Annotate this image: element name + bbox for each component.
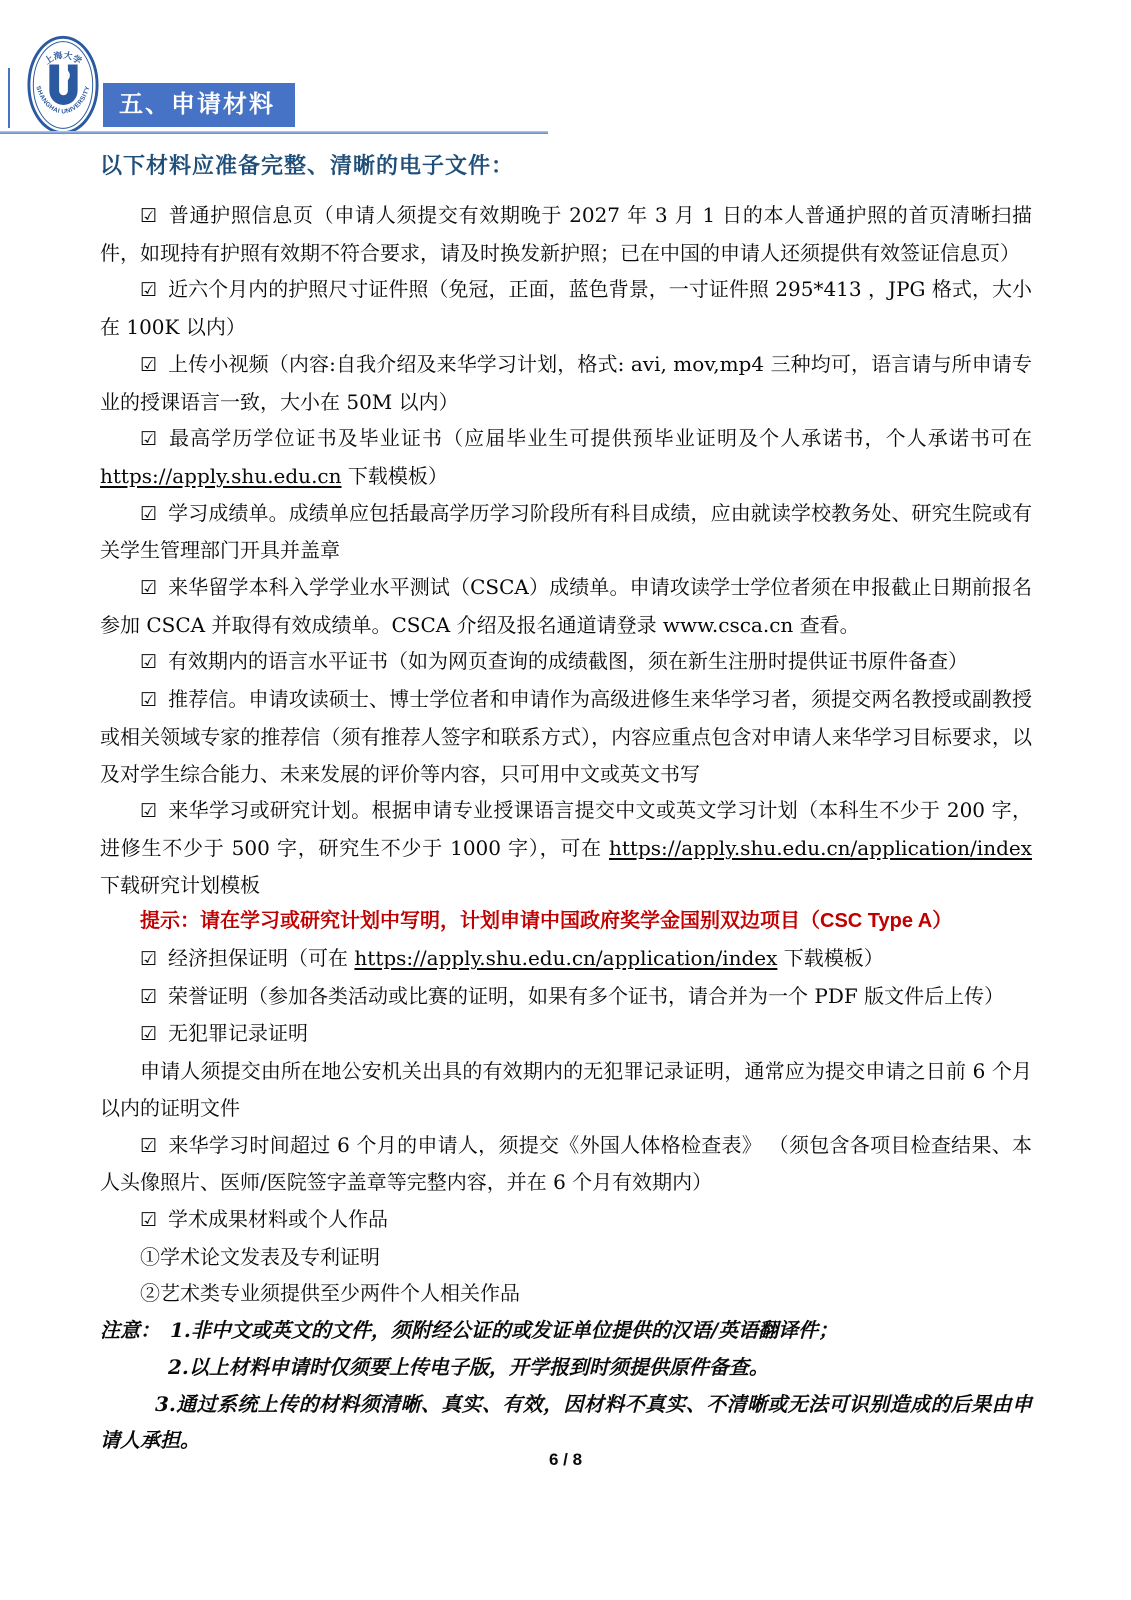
checked-checkbox-icon: ☑: [140, 689, 157, 711]
document-body: 以下材料应准备完整、清晰的电子文件： ☑普通护照信息页（申请人须提交有效期晚于 …: [0, 0, 1131, 1459]
item-text: 普通护照信息页（申请人须提交有效期晚于 2027 年 3 月 1 日的本人普通护…: [100, 203, 1032, 265]
checklist-item: ☑有效期内的语言水平证书（如为网页查询的成绩截图，须在新生注册时提供证书原件备查…: [100, 643, 1032, 681]
checked-checkbox-icon: ☑: [140, 986, 157, 1008]
sub-item: ①学术论文发表及专利证明: [100, 1239, 1032, 1276]
tip-line: 提示：请在学习或研究计划中写明，计划申请中国政府奖学金国别双边项目（CSC Ty…: [100, 903, 1032, 940]
checked-checkbox-icon: ☑: [140, 354, 157, 376]
checklist-item: ☑无犯罪记录证明: [100, 1015, 1032, 1053]
url-link[interactable]: https://apply.shu.edu.cn/application/ind…: [354, 946, 777, 970]
sub-item: ②艺术类专业须提供至少两件个人相关作品: [100, 1275, 1032, 1312]
note-line: 注意： 1.非中文或英文的文件，须附经公证的或发证单位提供的汉语/英语翻译件；: [100, 1312, 1032, 1349]
checklist-item: ☑推荐信。申请攻读硕士、博士学位者和申请作为高级进修生来华学习者，须提交两名教授…: [100, 681, 1032, 792]
checked-checkbox-icon: ☑: [140, 800, 157, 822]
item-text: 荣誉证明（参加各类活动或比赛的证明，如果有多个证书，请合并为一个 PDF 版文件…: [168, 984, 1004, 1008]
item-text: 有效期内的语言水平证书（如为网页查询的成绩截图，须在新生注册时提供证书原件备查）: [168, 649, 968, 673]
checklist-item: ☑来华学习时间超过 6 个月的申请人，须提交《外国人体格检查表》 （须包含各项目…: [100, 1127, 1032, 1201]
item-text: 近六个月内的护照尺寸证件照（免冠，正面，蓝色背景，一寸证件照 295*413 ，…: [100, 277, 1032, 339]
checked-checkbox-icon: ☑: [140, 948, 157, 970]
item-text: 下载模板）: [342, 464, 448, 488]
checklist-item: ☑学习成绩单。成绩单应包括最高学历学习阶段所有科目成绩，应由就读学校教务处、研究…: [100, 495, 1032, 569]
checked-checkbox-icon: ☑: [140, 428, 157, 450]
checked-checkbox-icon: ☑: [140, 651, 157, 673]
item-text: 经济担保证明（可在: [168, 946, 354, 970]
item-text: 提示：请在学习或研究计划中写明，计划申请中国政府奖学金国别双边项目（CSC Ty…: [140, 910, 952, 932]
intro-heading: 以下材料应准备完整、清晰的电子文件：: [100, 149, 1032, 180]
checked-checkbox-icon: ☑: [140, 503, 157, 525]
item-text: 学习成绩单。成绩单应包括最高学历学习阶段所有科目成绩，应由就读学校教务处、研究生…: [100, 501, 1032, 563]
checklist-item: ☑来华学习或研究计划。根据申请专业授课语言提交中文或英文学习计划（本科生不少于 …: [100, 792, 1032, 903]
item-text: 来华留学本科入学学业水平测试（CSCA）成绩单。申请攻读学士学位者须在申报截止日…: [100, 575, 1032, 637]
url-link[interactable]: https://apply.shu.edu.cn/application/ind…: [609, 836, 1032, 860]
checked-checkbox-icon: ☑: [140, 1209, 157, 1231]
item-text: 申请人须提交由所在地公安机关出具的有效期内的无犯罪记录证明，通常应为提交申请之日…: [100, 1059, 1032, 1120]
checklist-item: ☑来华留学本科入学学业水平测试（CSCA）成绩单。申请攻读学士学位者须在申报截止…: [100, 569, 1032, 643]
checklist: ☑普通护照信息页（申请人须提交有效期晚于 2027 年 3 月 1 日的本人普通…: [100, 197, 1032, 1312]
checklist-item: ☑最高学历学位证书及毕业证书（应届毕业生可提供预毕业证明及个人承诺书，个人承诺书…: [100, 420, 1032, 494]
checked-checkbox-icon: ☑: [140, 1135, 157, 1157]
item-text: 下载研究计划模板: [100, 873, 260, 897]
checklist-item: ☑经济担保证明（可在 https://apply.shu.edu.cn/appl…: [100, 940, 1032, 978]
checklist-item: ☑荣誉证明（参加各类活动或比赛的证明，如果有多个证书，请合并为一个 PDF 版文…: [100, 978, 1032, 1016]
checklist-item: ☑近六个月内的护照尺寸证件照（免冠，正面，蓝色背景，一寸证件照 295*413 …: [100, 271, 1032, 345]
checked-checkbox-icon: ☑: [140, 577, 157, 599]
item-text: 推荐信。申请攻读硕士、博士学位者和申请作为高级进修生来华学习者，须提交两名教授或…: [100, 687, 1032, 785]
checklist-item: ☑普通护照信息页（申请人须提交有效期晚于 2027 年 3 月 1 日的本人普通…: [100, 197, 1032, 271]
item-text: 最高学历学位证书及毕业证书（应届毕业生可提供预毕业证明及个人承诺书，个人承诺书可…: [168, 426, 1032, 450]
item-text: ②艺术类专业须提供至少两件个人相关作品: [140, 1281, 520, 1305]
item-text: 来华学习时间超过 6 个月的申请人，须提交《外国人体格检查表》 （须包含各项目检…: [100, 1133, 1032, 1195]
item-text: ①学术论文发表及专利证明: [140, 1245, 380, 1269]
item-text: 学术成果材料或个人作品: [168, 1207, 388, 1231]
item-text: 上传小视频（内容:自我介绍及来华学习计划，格式: avi, mov,mp4 三种…: [100, 352, 1032, 414]
checked-checkbox-icon: ☑: [140, 1023, 157, 1045]
page-number: 6 / 8: [0, 1450, 1131, 1470]
checklist-item: ☑学术成果材料或个人作品: [100, 1201, 1032, 1239]
note-line: 2.以上材料申请时仅须要上传电子版，开学报到时须提供原件备查。: [100, 1349, 1032, 1386]
checked-checkbox-icon: ☑: [140, 205, 157, 227]
url-link[interactable]: https://apply.shu.edu.cn: [100, 464, 342, 488]
checked-checkbox-icon: ☑: [140, 279, 157, 301]
item-text: 下载模板）: [777, 946, 883, 970]
checklist-item: ☑上传小视频（内容:自我介绍及来华学习计划，格式: avi, mov,mp4 三…: [100, 346, 1032, 420]
notes: 注意： 1.非中文或英文的文件，须附经公证的或发证单位提供的汉语/英语翻译件；2…: [100, 1312, 1032, 1459]
item-text: 无犯罪记录证明: [168, 1021, 308, 1045]
note-line: 3.通过系统上传的材料须清晰、真实、有效，因材料不真实、不清晰或无法可识别造成的…: [100, 1386, 1032, 1459]
sub-item: 申请人须提交由所在地公安机关出具的有效期内的无犯罪记录证明，通常应为提交申请之日…: [100, 1053, 1032, 1126]
